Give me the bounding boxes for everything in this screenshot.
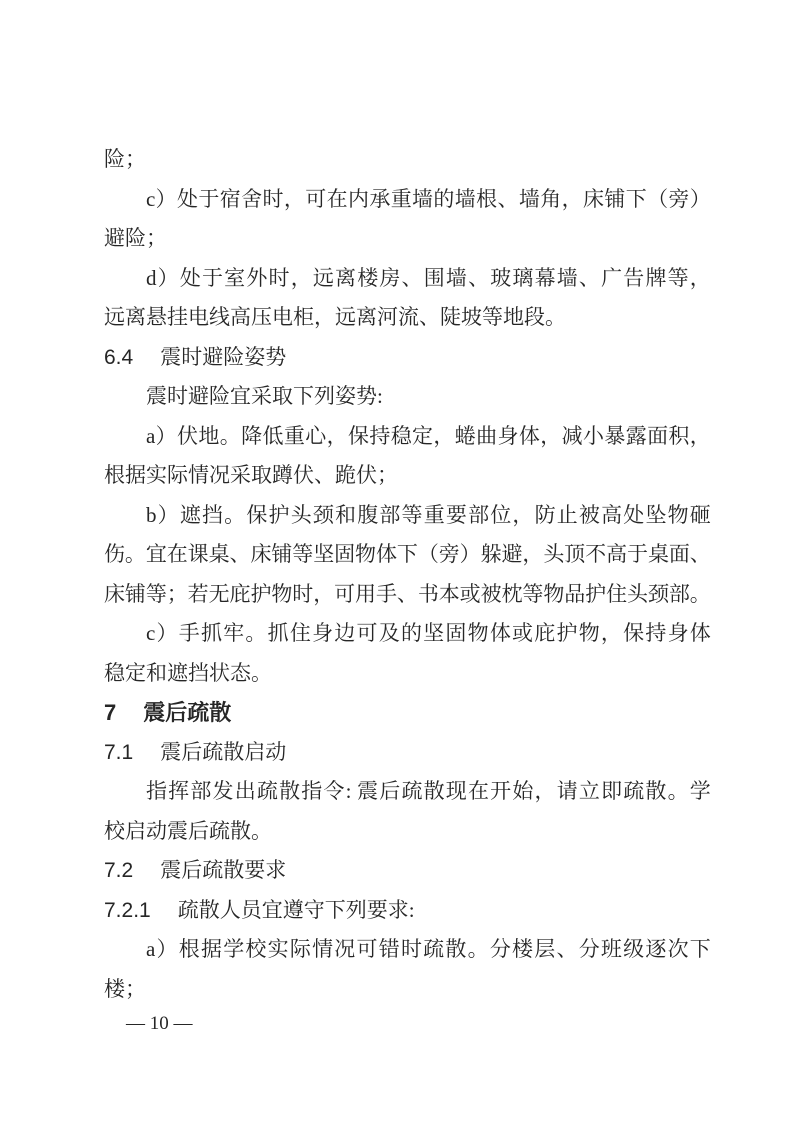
body-line: 楼； [104, 970, 710, 1010]
heading-7-1: 7.1震后疏散启动 [104, 733, 710, 773]
section-title: 震后疏散要求 [160, 858, 286, 882]
section-number: 7.2 [104, 859, 133, 882]
section-number: 6.4 [104, 346, 133, 369]
heading-7-2-1: 7.2.1疏散人员宜遵守下列要求: [104, 891, 710, 931]
section-number: 7 [104, 700, 116, 725]
body-line: 稳定和遮挡状态。 [104, 654, 710, 694]
section-title: 震后疏散启动 [160, 740, 286, 764]
heading-7: 7震后疏散 [104, 693, 710, 733]
section-number: 7.2.1 [104, 899, 151, 922]
heading-6-4: 6.4震时避险姿势 [104, 338, 710, 378]
body-line: 床铺等；若无庇护物时，可用手、书本或被枕等物品护住头颈部。 [104, 575, 710, 615]
body-line: 根据实际情况采取蹲伏、跪伏； [104, 456, 710, 496]
section-title: 震时避险姿势 [160, 345, 286, 369]
body-line: c）手抓牢。抓住身边可及的坚固物体或庇护物，保持身体 [104, 614, 710, 654]
body-line: d）处于室外时，远离楼房、围墙、玻璃幕墙、广告牌等， [104, 259, 710, 299]
body-line: 指挥部发出疏散指令: 震后疏散现在开始，请立即疏散。学 [104, 772, 710, 812]
body-line: 险； [104, 140, 710, 180]
body-line: a）根据学校实际情况可错时疏散。分楼层、分班级逐次下 [104, 930, 710, 970]
page-number: — 10 — [126, 1012, 193, 1036]
body-line: 远离悬挂电线高压电柜，远离河流、陡坡等地段。 [104, 298, 710, 338]
body-line: b）遮挡。保护头颈和腹部等重要部位，防止被高处坠物砸 [104, 496, 710, 536]
body-line: 校启动震后疏散。 [104, 812, 710, 852]
body-line: c）处于宿舍时，可在内承重墙的墙根、墙角，床铺下（旁） [104, 180, 710, 220]
body-line: 伤。宜在课桌、床铺等坚固物体下（旁）躲避，头顶不高于桌面、 [104, 535, 710, 575]
section-title: 疏散人员宜遵守下列要求: [178, 898, 415, 922]
document-body: 险； c）处于宿舍时，可在内承重墙的墙根、墙角，床铺下（旁） 避险； d）处于室… [104, 140, 710, 1009]
body-line: a）伏地。降低重心，保持稳定，蜷曲身体，减小暴露面积， [104, 417, 710, 457]
section-number: 7.1 [104, 741, 133, 764]
document-page: 险； c）处于宿舍时，可在内承重墙的墙根、墙角，床铺下（旁） 避险； d）处于室… [0, 0, 800, 1131]
section-title: 震后疏散 [143, 700, 231, 725]
body-line: 避险； [104, 219, 710, 259]
body-line: 震时避险宜采取下列姿势: [104, 377, 710, 417]
heading-7-2: 7.2震后疏散要求 [104, 851, 710, 891]
